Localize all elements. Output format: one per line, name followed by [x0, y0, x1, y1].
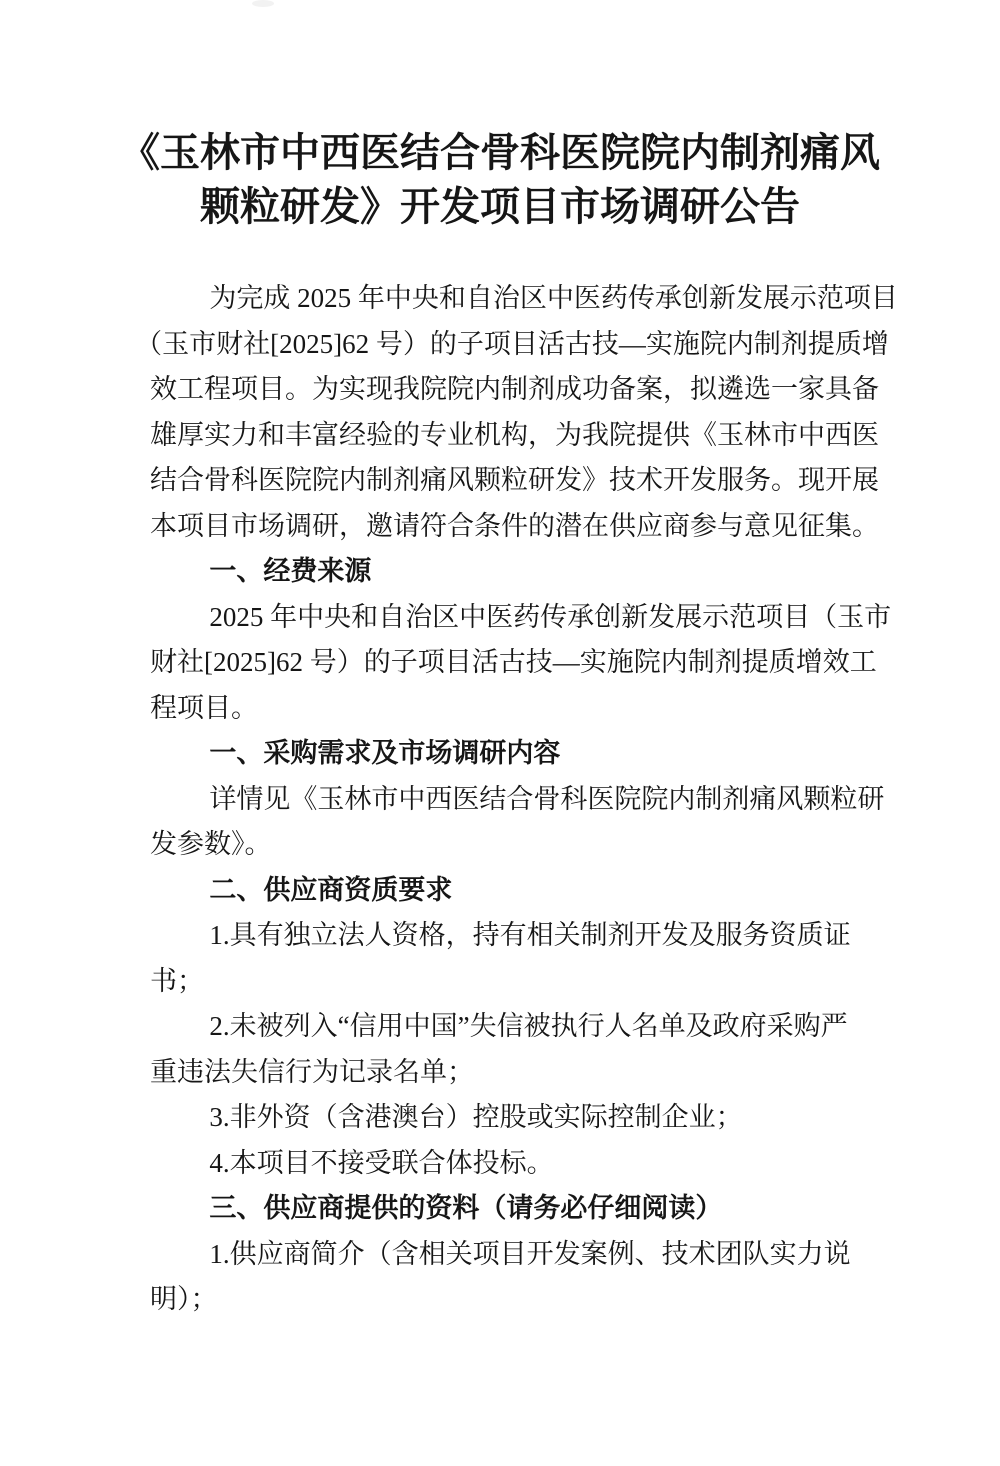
section-heading: 三、供应商提供的资料（请务必仔细阅读） — [150, 1186, 890, 1232]
text-line: 1.具有独立法人资格，持有相关制剂开发及服务资质证 — [150, 913, 890, 959]
text-line: 本项目市场调研，邀请符合条件的潜在供应商参与意见征集。 — [150, 504, 890, 550]
text-line: 重违法失信行为记录名单； — [150, 1050, 890, 1096]
section-heading: 二、供应商资质要求 — [150, 868, 890, 914]
text-line: （玉市财社[2025]62 号）的子项目活古技—实施院内制剂提质增 — [150, 322, 890, 368]
text-line: 结合骨科医院院内制剂痛风颗粒研发》技术开发服务。现开展 — [150, 458, 890, 504]
text-line: 书； — [150, 959, 890, 1005]
document-title-line-1: 《玉林市中西医结合骨科医院院内制剂痛风 — [0, 126, 1000, 180]
text-line: 为完成 2025 年中央和自治区中医药传承创新发展示范项目 — [150, 276, 890, 322]
text-line: 2.未被列入“信用中国”失信被执行人名单及政府采购严 — [150, 1004, 890, 1050]
document-page: 《玉林市中西医结合骨科医院院内制剂痛风 颗粒研发》开发项目市场调研公告 为完成 … — [0, 0, 1000, 1466]
section-heading: 一、经费来源 — [150, 549, 890, 595]
text-line: 财社[2025]62 号）的子项目活古技—实施院内制剂提质增效工 — [150, 640, 890, 686]
text-line: 3.非外资（含港澳台）控股或实际控制企业； — [150, 1095, 890, 1141]
document-body: 为完成 2025 年中央和自治区中医药传承创新发展示范项目（玉市财社[2025]… — [0, 276, 1000, 1323]
text-line: 发参数》。 — [150, 822, 890, 868]
scan-artifact — [252, 0, 274, 7]
text-line: 雄厚实力和丰富经验的专业机构，为我院提供《玉林市中西医 — [150, 413, 890, 459]
text-line: 程项目。 — [150, 686, 890, 732]
text-line: 1.供应商简介（含相关项目开发案例、技术团队实力说 — [150, 1232, 890, 1278]
section-heading: 一、采购需求及市场调研内容 — [150, 731, 890, 777]
document-title: 《玉林市中西医结合骨科医院院内制剂痛风 颗粒研发》开发项目市场调研公告 — [0, 0, 1000, 234]
text-line: 2025 年中央和自治区中医药传承创新发展示范项目（玉市 — [150, 595, 890, 641]
text-line: 效工程项目。为实现我院院内制剂成功备案，拟遴选一家具备 — [150, 367, 890, 413]
text-line: 详情见《玉林市中西医结合骨科医院院内制剂痛风颗粒研 — [150, 777, 890, 823]
document-title-line-2: 颗粒研发》开发项目市场调研公告 — [0, 180, 1000, 234]
text-line: 明）； — [150, 1277, 890, 1323]
text-line: 4.本项目不接受联合体投标。 — [150, 1141, 890, 1187]
